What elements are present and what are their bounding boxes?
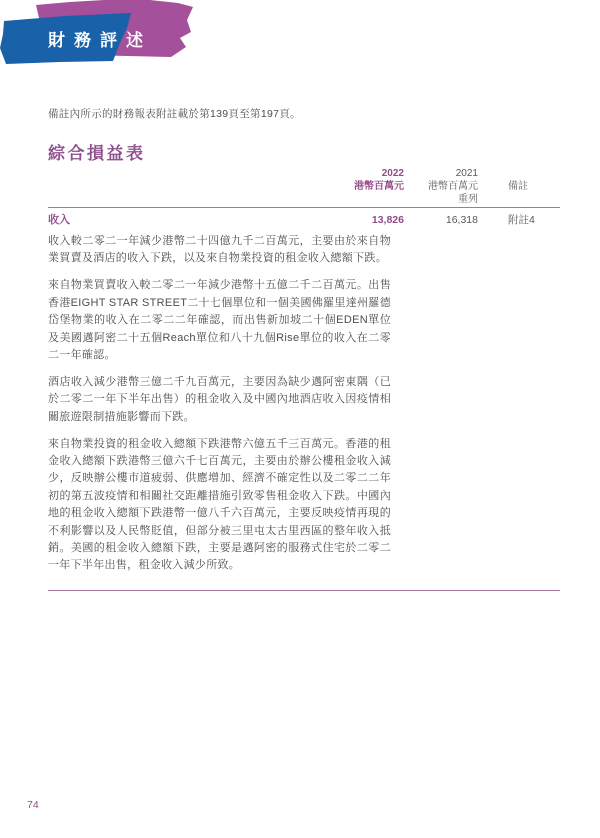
intro-note: 備註內所示的財務報表附註載於第139頁至第197頁。 — [48, 106, 301, 121]
paragraph-hotels: 酒店收入減少港幣三億二千九百萬元，主要因為缺少邁阿密東隅（已於二零二一年下半年出… — [48, 374, 391, 426]
page-banner: 財務評述 — [0, 0, 220, 72]
revenue-2021-value: 16,318 — [404, 213, 478, 227]
revenue-label: 收入 — [48, 213, 334, 227]
unit-2021: 港幣百萬元 — [404, 180, 478, 193]
table-header-row: 2022 港幣百萬元 2021 港幣百萬元 重列 備註 — [48, 167, 560, 208]
revenue-note-ref: 附註4 — [478, 213, 560, 227]
paragraph-property-investment: 來自物業投資的租金收入總額下跌港幣六億五千三百萬元。香港的租金收入總額下跌港幣三… — [48, 436, 391, 575]
table-header-2021: 2021 港幣百萬元 重列 — [404, 167, 478, 206]
restated-label: 重列 — [404, 193, 478, 206]
table-bottom-rule — [48, 590, 560, 591]
paragraph-revenue-overview: 收入較二零二一年減少港幣二十四億九千二百萬元，主要由於來自物業買賣及酒店的收入下… — [48, 233, 391, 268]
table-header-label-col — [48, 167, 334, 206]
table-header-notes: 備註 — [478, 167, 560, 206]
revenue-commentary: 收入較二零二一年減少港幣二十四億九千二百萬元，主要由於來自物業買賣及酒店的收入下… — [48, 233, 391, 575]
report-page: 財務評述 備註內所示的財務報表附註載於第139頁至第197頁。 綜合損益表 20… — [0, 0, 600, 838]
year-2022: 2022 — [334, 167, 404, 180]
page-number: 74 — [27, 799, 39, 811]
table-header-2022: 2022 港幣百萬元 — [334, 167, 404, 206]
page-title: 財務評述 — [48, 26, 152, 51]
paragraph-property-trading: 來自物業買賣收入較二零二一年減少港幣十五億二千二百萬元。出售香港EIGHT ST… — [48, 277, 391, 364]
section-title: 綜合損益表 — [48, 139, 146, 164]
header-spacer — [508, 167, 560, 180]
year-2021: 2021 — [404, 167, 478, 180]
revenue-2022-value: 13,826 — [334, 213, 404, 227]
unit-2022: 港幣百萬元 — [334, 180, 404, 193]
revenue-row: 收入 13,826 16,318 附註4 — [48, 208, 560, 227]
notes-label: 備註 — [508, 180, 560, 193]
income-statement-table: 2022 港幣百萬元 2021 港幣百萬元 重列 備註 收入 13,826 16… — [48, 167, 560, 575]
